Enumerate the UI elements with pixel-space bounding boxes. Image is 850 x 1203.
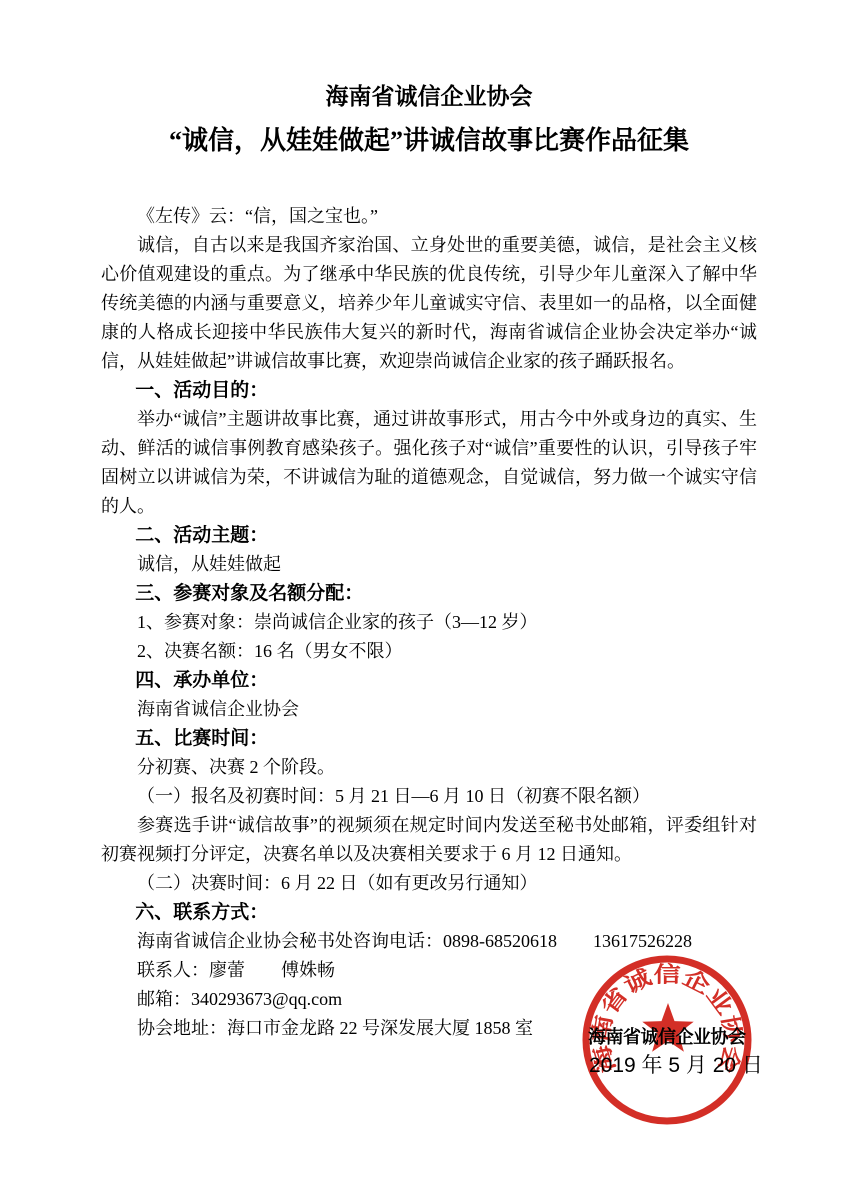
paragraph: 2、决赛名额：16 名（男女不限） xyxy=(101,637,757,666)
section-heading: 四、承办单位： xyxy=(101,666,757,695)
section-heading: 三、参赛对象及名额分配： xyxy=(101,579,757,608)
paragraphs: 《左传》云：“信，国之宝也。”诚信，自古以来是我国齐家治国、立身处世的重要美德，… xyxy=(101,202,757,1043)
document-content: 海南省诚信企业协会 “诚信，从娃娃做起”讲诚信故事比赛作品征集 《左传》云：“信… xyxy=(101,84,757,1043)
section-heading: 六、联系方式： xyxy=(101,898,757,927)
section-heading: 五、比赛时间： xyxy=(101,724,757,753)
paragraph: 1、参赛对象：崇尚诚信企业家的孩子（3—12 岁） xyxy=(101,608,757,637)
document-title: 海南省诚信企业协会 xyxy=(101,84,757,110)
paragraph: 参赛选手讲“诚信故事”的视频须在规定时间内发送至秘书处邮箱，评委组针对初赛视频打… xyxy=(101,811,757,869)
section-heading: 二、活动主题： xyxy=(101,521,757,550)
paragraph: 举办“诚信”主题讲故事比赛，通过讲故事形式，用古今中外或身边的真实、生动、鲜活的… xyxy=(101,405,757,521)
section-heading: 一、活动目的： xyxy=(101,376,757,405)
paragraph: 《左传》云：“信，国之宝也。” xyxy=(101,202,757,231)
document-page: 海南省诚信企业协会 “诚信，从娃娃做起”讲诚信故事比赛作品征集 《左传》云：“信… xyxy=(0,0,850,1203)
seal-signature-name: 海南省诚信企业协会 xyxy=(588,1026,756,1048)
paragraph: 分初赛、决赛 2 个阶段。 xyxy=(101,753,757,782)
paragraph: 诚信，从娃娃做起 xyxy=(101,550,757,579)
paragraph: 海南省诚信企业协会 xyxy=(101,695,757,724)
paragraph: （一）报名及初赛时间：5 月 21 日—6 月 10 日（初赛不限名额） xyxy=(101,782,757,811)
paragraph: （二）决赛时间：6 月 22 日（如有更改另行通知） xyxy=(101,869,757,898)
document-subtitle: “诚信，从娃娃做起”讲诚信故事比赛作品征集 xyxy=(101,126,757,156)
paragraph: 诚信，自古以来是我国齐家治国、立身处世的重要美德，诚信，是社会主义核心价值观建设… xyxy=(101,231,757,376)
seal-signature-date: 2019 年 5 月 20 日 xyxy=(589,1053,763,1078)
